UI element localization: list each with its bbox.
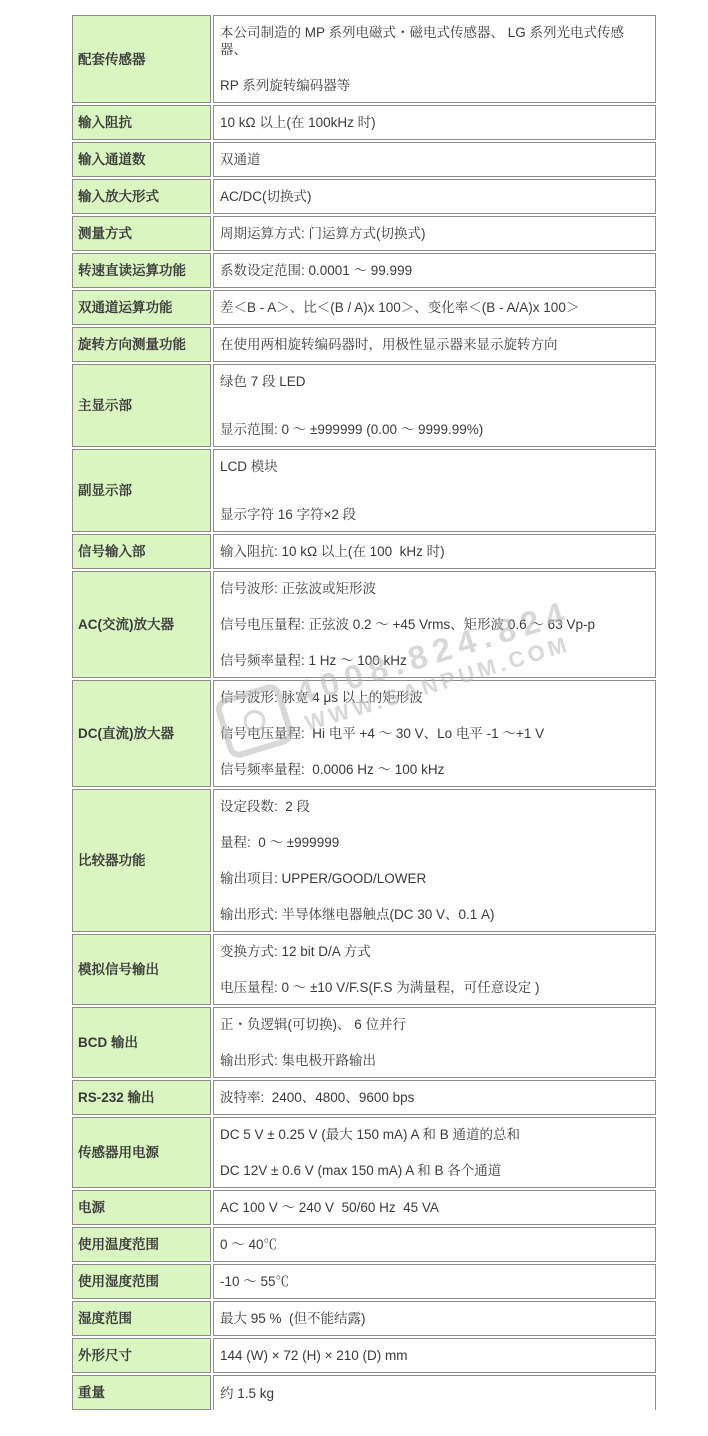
spec-value-cell: 在使用两相旋转编码器时，用极性显示器来显示旋转方向 [213, 327, 656, 362]
spec-label-cell: 外形尺寸 [72, 1338, 211, 1373]
spec-value-cell: 波特率: 2400、4800、9600 bps [213, 1080, 656, 1115]
spec-value-line: 显示范围: 0 ～ ±999999 (0.00 ～ 9999.99%) [220, 421, 647, 438]
spec-value-line: DC 12V ± 0.6 V (max 150 mA) A 和 B 各个通道 [220, 1162, 647, 1179]
spec-label-cell: 输入通道数 [72, 142, 211, 177]
spec-label-cell: 旋转方向测量功能 [72, 327, 211, 362]
spec-value-cell: 周期运算方式: 门运算方式(切换式) [213, 216, 656, 251]
spec-value-line: RP 系列旋转编码器等 [220, 77, 647, 94]
table-row: 主显示部绿色 7 段 LED显示范围: 0 ～ ±999999 (0.00 ～ … [72, 364, 656, 447]
spec-value-line: 约 1.5 kg [220, 1385, 647, 1402]
spec-value-line: 144 (W) × 72 (H) × 210 (D) mm [220, 1347, 647, 1364]
spec-value-line: 最大 95 % (但不能结露) [220, 1310, 647, 1327]
table-row: AC(交流)放大器信号波形: 正弦波或矩形波信号电压量程: 正弦波 0.2 ～ … [72, 571, 656, 678]
spec-table: 配套传感器本公司制造的 MP 系列电磁式・磁电式传感器、 LG 系列光电式传感器… [70, 13, 658, 1412]
spec-value-line: 电压量程: 0 ～ ±10 V/F.S(F.S 为满量程，可任意设定 ) [220, 979, 647, 996]
spec-value-line: 系数设定范围: 0.0001 ～ 99.999 [220, 262, 647, 279]
spec-value-cell: 正・负逻辑(可切换)、 6 位并行输出形式: 集电极开路输出 [213, 1007, 656, 1078]
spec-value-cell: 最大 95 % (但不能结露) [213, 1301, 656, 1336]
table-row: 比较器功能设定段数: 2 段量程: 0 ～ ±999999输出项目: UPPER… [72, 789, 656, 932]
spec-label-cell: RS-232 输出 [72, 1080, 211, 1115]
spec-value-line: LCD 模块 [220, 458, 647, 475]
spec-value-line: 输出形式: 半导体继电器触点(DC 30 V、0.1 A) [220, 906, 647, 923]
spec-label-cell: 使用温度范围 [72, 1227, 211, 1262]
spec-value-line: 周期运算方式: 门运算方式(切换式) [220, 225, 647, 242]
spec-value-line: 设定段数: 2 段 [220, 798, 647, 815]
spec-value-line: 显示字符 16 字符×2 段 [220, 506, 647, 523]
spec-value-line: 输出项目: UPPER/GOOD/LOWER [220, 870, 647, 887]
spec-value-cell: 0 ～ 40℃ [213, 1227, 656, 1262]
spec-value-cell: 系数设定范围: 0.0001 ～ 99.999 [213, 253, 656, 288]
spec-label-cell: 转速直读运算功能 [72, 253, 211, 288]
spec-label-cell: 双通道运算功能 [72, 290, 211, 325]
spec-label-cell: DC(直流)放大器 [72, 680, 211, 787]
table-row: 测量方式周期运算方式: 门运算方式(切换式) [72, 216, 656, 251]
spec-label-cell: 信号输入部 [72, 534, 211, 569]
table-row: BCD 输出正・负逻辑(可切换)、 6 位并行输出形式: 集电极开路输出 [72, 1007, 656, 1078]
spec-label-cell: 配套传感器 [72, 15, 211, 103]
spec-value-cell: 信号波形: 正弦波或矩形波信号电压量程: 正弦波 0.2 ～ +45 Vrms、… [213, 571, 656, 678]
spec-label-cell: 副显示部 [72, 449, 211, 532]
spec-value-cell: 设定段数: 2 段量程: 0 ～ ±999999输出项目: UPPER/GOOD… [213, 789, 656, 932]
table-row: 输入阻抗10 kΩ 以上(在 100kHz 时) [72, 105, 656, 140]
table-row: 使用湿度范围-10 ～ 55℃ [72, 1264, 656, 1299]
table-row: RS-232 输出波特率: 2400、4800、9600 bps [72, 1080, 656, 1115]
spec-label-cell: 比较器功能 [72, 789, 211, 932]
spec-value-cell: 双通道 [213, 142, 656, 177]
table-row: 使用温度范围0 ～ 40℃ [72, 1227, 656, 1262]
table-row: 信号输入部输入阻抗: 10 kΩ 以上(在 100 kHz 时) [72, 534, 656, 569]
spec-value-line: 信号电压量程: 正弦波 0.2 ～ +45 Vrms、矩形波 0.6 ～ 63 … [220, 616, 647, 633]
table-row: 副显示部LCD 模块显示字符 16 字符×2 段 [72, 449, 656, 532]
spec-value-line: 波特率: 2400、4800、9600 bps [220, 1089, 647, 1106]
spec-value-cell: 144 (W) × 72 (H) × 210 (D) mm [213, 1338, 656, 1373]
spec-label-cell: 传感器用电源 [72, 1117, 211, 1188]
spec-value-line: 输入阻抗: 10 kΩ 以上(在 100 kHz 时) [220, 543, 647, 560]
table-row: 旋转方向测量功能在使用两相旋转编码器时，用极性显示器来显示旋转方向 [72, 327, 656, 362]
spec-label-cell: 使用湿度范围 [72, 1264, 211, 1299]
spec-value-line: 输出形式: 集电极开路输出 [220, 1052, 647, 1069]
spec-value-line: 双通道 [220, 151, 647, 168]
spec-value-cell: 变换方式: 12 bit D/A 方式电压量程: 0 ～ ±10 V/F.S(F… [213, 934, 656, 1005]
spec-value-line: 信号频率量程: 1 Hz ～ 100 kHz [220, 652, 647, 669]
spec-label-cell: 重量 [72, 1375, 211, 1410]
table-row: 传感器用电源DC 5 V ± 0.25 V (最大 150 mA) A 和 B … [72, 1117, 656, 1188]
table-row: 转速直读运算功能系数设定范围: 0.0001 ～ 99.999 [72, 253, 656, 288]
spec-value-cell: LCD 模块显示字符 16 字符×2 段 [213, 449, 656, 532]
spec-value-line: 0 ～ 40℃ [220, 1236, 647, 1253]
spec-label-cell: 湿度范围 [72, 1301, 211, 1336]
spec-value-line: AC/DC(切换式) [220, 188, 647, 205]
table-row: 电源AC 100 V ～ 240 V 50/60 Hz 45 VA [72, 1190, 656, 1225]
spec-label-cell: 电源 [72, 1190, 211, 1225]
table-row: 模拟信号输出变换方式: 12 bit D/A 方式电压量程: 0 ～ ±10 V… [72, 934, 656, 1005]
spec-value-line: 量程: 0 ～ ±999999 [220, 834, 647, 851]
spec-label-cell: 输入阻抗 [72, 105, 211, 140]
table-row: 输入通道数双通道 [72, 142, 656, 177]
table-row: DC(直流)放大器信号波形: 脉宽 4 μs 以上的矩形波信号电压量程: Hi … [72, 680, 656, 787]
spec-value-cell: AC 100 V ～ 240 V 50/60 Hz 45 VA [213, 1190, 656, 1225]
spec-value-line: -10 ～ 55℃ [220, 1273, 647, 1290]
spec-value-cell: DC 5 V ± 0.25 V (最大 150 mA) A 和 B 通道的总和D… [213, 1117, 656, 1188]
spec-value-line: 本公司制造的 MP 系列电磁式・磁电式传感器、 LG 系列光电式传感器、 [220, 24, 647, 58]
spec-value-cell: AC/DC(切换式) [213, 179, 656, 214]
spec-value-cell: 10 kΩ 以上(在 100kHz 时) [213, 105, 656, 140]
spec-value-line: 绿色 7 段 LED [220, 373, 647, 390]
spec-value-line: 差＜B - A＞、比＜(B / A)x 100＞、变化率＜(B - A/A)x … [220, 299, 647, 316]
table-row: 输入放大形式AC/DC(切换式) [72, 179, 656, 214]
table-row: 外形尺寸144 (W) × 72 (H) × 210 (D) mm [72, 1338, 656, 1373]
table-row: 双通道运算功能差＜B - A＞、比＜(B / A)x 100＞、变化率＜(B -… [72, 290, 656, 325]
spec-label-cell: 测量方式 [72, 216, 211, 251]
spec-value-line: 信号电压量程: Hi 电平 +4 ～ 30 V、Lo 电平 -1 ～+1 V [220, 725, 647, 742]
table-row: 湿度范围最大 95 % (但不能结露) [72, 1301, 656, 1336]
spec-value-cell: 本公司制造的 MP 系列电磁式・磁电式传感器、 LG 系列光电式传感器、RP 系… [213, 15, 656, 103]
spec-value-line: 变换方式: 12 bit D/A 方式 [220, 943, 647, 960]
table-row: 配套传感器本公司制造的 MP 系列电磁式・磁电式传感器、 LG 系列光电式传感器… [72, 15, 656, 103]
spec-label-cell: 输入放大形式 [72, 179, 211, 214]
spec-value-cell: 信号波形: 脉宽 4 μs 以上的矩形波信号电压量程: Hi 电平 +4 ～ 3… [213, 680, 656, 787]
spec-value-cell: 差＜B - A＞、比＜(B / A)x 100＞、变化率＜(B - A/A)x … [213, 290, 656, 325]
spec-label-cell: 主显示部 [72, 364, 211, 447]
spec-value-line: AC 100 V ～ 240 V 50/60 Hz 45 VA [220, 1199, 647, 1216]
spec-table-body: 配套传感器本公司制造的 MP 系列电磁式・磁电式传感器、 LG 系列光电式传感器… [72, 15, 656, 1410]
spec-value-line: DC 5 V ± 0.25 V (最大 150 mA) A 和 B 通道的总和 [220, 1126, 647, 1143]
spec-label-cell: BCD 输出 [72, 1007, 211, 1078]
spec-value-line: 信号波形: 正弦波或矩形波 [220, 580, 647, 597]
spec-value-cell: 输入阻抗: 10 kΩ 以上(在 100 kHz 时) [213, 534, 656, 569]
spec-value-line: 正・负逻辑(可切换)、 6 位并行 [220, 1016, 647, 1033]
spec-value-line: 在使用两相旋转编码器时，用极性显示器来显示旋转方向 [220, 336, 647, 353]
spec-value-line: 信号波形: 脉宽 4 μs 以上的矩形波 [220, 689, 647, 706]
spec-value-line: 信号频率量程: 0.0006 Hz ～ 100 kHz [220, 761, 647, 778]
spec-value-cell: -10 ～ 55℃ [213, 1264, 656, 1299]
spec-value-cell: 绿色 7 段 LED显示范围: 0 ～ ±999999 (0.00 ～ 9999… [213, 364, 656, 447]
spec-label-cell: 模拟信号输出 [72, 934, 211, 1005]
spec-value-line: 10 kΩ 以上(在 100kHz 时) [220, 114, 647, 131]
table-row: 重量约 1.5 kg [72, 1375, 656, 1410]
spec-value-cell: 约 1.5 kg [213, 1375, 656, 1410]
spec-label-cell: AC(交流)放大器 [72, 571, 211, 678]
